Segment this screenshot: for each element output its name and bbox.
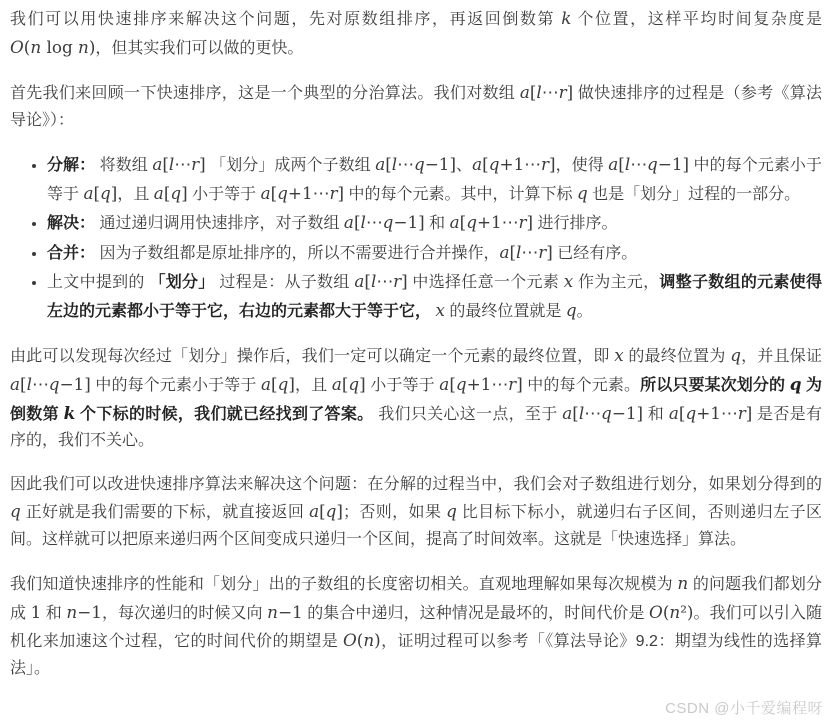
paragraph: 因此我们可以改进快速排序算法来解决这个问题：在分解的过程当中，我们会对子数组进行… — [10, 472, 822, 554]
inline-math: a[q+1⋯r] — [439, 374, 522, 394]
text-run: 因此我们可以改进快速排序算法来解决这个问题：在分解的过程当中，我们会对子数组进行… — [10, 476, 822, 493]
inline-math: O(n) — [343, 630, 381, 650]
text-run: 我们只关心这一点，至于 — [373, 406, 562, 423]
text-run: ，并且保证 — [741, 348, 822, 365]
list-item: 上文中提到的 「划分」 过程是：从子数组 a[l⋯r] 中选择任意一个元素 x … — [47, 268, 822, 325]
text-run: 因为子数组都是原址排序的，所以不需要进行合并操作， — [95, 245, 499, 262]
text-run: 作为主元， — [573, 274, 659, 291]
text-run: 小于等于 — [366, 377, 440, 394]
bold-run: 分解： — [47, 157, 95, 174]
text-run: 的最终位置为 — [624, 348, 731, 365]
text-run: 也是「划分」过程的一部分。 — [588, 186, 800, 203]
bold-run: 合并： — [47, 245, 95, 262]
paragraph: 由此可以发现每次经过「划分」操作后，我们一定可以确定一个元素的最终位置，即 x … — [10, 342, 822, 454]
text-run: 由此可以发现每次经过「划分」操作后，我们一定可以确定一个元素的最终位置，即 — [10, 348, 614, 365]
text-run: ，每次递归的时候又向 — [102, 605, 267, 622]
text-run: 个位置，这样平均时间复杂度是 — [571, 11, 822, 28]
text-run: 和 — [41, 605, 66, 622]
inline-math: q — [730, 345, 741, 365]
inline-math: x — [614, 345, 623, 365]
text-run: ，使得 — [556, 157, 609, 174]
text-run: 中选择任意一个元素 — [408, 274, 564, 291]
inline-math: x — [435, 300, 444, 320]
inline-math: q — [10, 501, 21, 521]
text-run: 的最终位置就是 — [445, 303, 566, 320]
text-run: 首先我们来回顾一下快速排序，这是一个典型的分治算法。我们对数组 — [10, 85, 520, 102]
inline-math: q — [790, 374, 802, 394]
paragraph: 我们可以用快速排序来解决这个问题，先对原数组排序，再返回倒数第 k 个位置，这样… — [10, 5, 822, 62]
inline-math: a[q] — [332, 374, 366, 394]
paragraph: 首先我们来回顾一下快速排序，这是一个典型的分治算法。我们对数组 a[l⋯r] 做… — [10, 79, 822, 134]
text-run: 的集合中递归，这种情况是最坏的，时间代价是 — [303, 605, 649, 622]
text-run: 我们可以用快速排序来解决这个问题，先对原数组排序，再返回倒数第 — [10, 11, 561, 28]
inline-math: n−1 — [66, 602, 102, 622]
text-run: 正好就是我们需要的下标，就直接返回 — [21, 504, 309, 521]
csdn-watermark: CSDN @小千爱编程呀 — [665, 697, 823, 718]
text-run: ，且 — [295, 377, 332, 394]
bullet-list: 分解： 将数组 a[l⋯r] 「划分」成两个子数组 a[l⋯q−1]、a[q+1… — [10, 151, 822, 325]
bold-run: 解决： — [47, 215, 95, 232]
text-run: 过程是：从子数组 — [215, 274, 355, 291]
inline-math: a[l⋯r] — [520, 82, 573, 102]
bold-run: 个下标的时候，我们就已经找到了答案。 — [75, 406, 373, 423]
inline-math: a[l⋯q−1] — [562, 403, 643, 423]
inline-math: q — [566, 300, 577, 320]
inline-math: a[q+1⋯r] — [261, 183, 344, 203]
article-body: 我们可以用快速排序来解决这个问题，先对原数组排序，再返回倒数第 k 个位置，这样… — [0, 0, 832, 682]
inline-math: q — [446, 501, 457, 521]
inline-math: a[l⋯r] — [354, 271, 407, 291]
text-run: 「划分」成两个子数组 — [206, 157, 376, 174]
inline-math: q — [577, 183, 588, 203]
inline-math: a[l⋯q−1] — [375, 154, 456, 174]
list-item: 分解： 将数组 a[l⋯r] 「划分」成两个子数组 a[l⋯q−1]、a[q+1… — [47, 151, 822, 208]
list-item: 解决： 通过递归调用快速排序，对子数组 a[l⋯q−1] 和 a[q+1⋯r] … — [47, 209, 822, 238]
inline-math: a[l⋯r] — [499, 242, 552, 262]
paragraph: 我们知道快速排序的性能和「划分」出的子数组的长度密切相关。直观地理解如果每次规模… — [10, 570, 822, 682]
text-run: 小于等于 — [188, 186, 261, 203]
inline-math: a[q+1⋯r] — [450, 212, 533, 232]
inline-math: O(n log n) — [10, 37, 95, 57]
bold-run: 所以只要某次划分的 — [640, 377, 790, 394]
bold-run: 「划分」 — [149, 274, 214, 291]
text-run: 中的每个元素。其中，计算下标 — [344, 186, 577, 203]
text-run: 中的每个元素小于等于 — [91, 377, 261, 394]
text-run: 将数组 — [95, 157, 152, 174]
text-run: 和 — [643, 406, 669, 423]
inline-math: a[q] — [154, 183, 188, 203]
inline-math: a[q] — [309, 501, 343, 521]
text-run: ，且 — [117, 186, 153, 203]
inline-math: n — [677, 573, 688, 593]
inline-math: O(n²) — [649, 602, 693, 622]
text-run: ；否则，如果 — [343, 504, 446, 521]
text-run: 中的每个元素。 — [523, 377, 640, 394]
inline-math: k — [561, 8, 571, 28]
text-run: 。 — [577, 303, 593, 320]
text-run: 和 — [425, 215, 450, 232]
inline-math: a[q] — [261, 374, 295, 394]
list-item: 合并： 因为子数组都是原址排序的，所以不需要进行合并操作，a[l⋯r] 已经有序… — [47, 239, 822, 268]
inline-math: k — [64, 403, 76, 423]
text-run: 已经有序。 — [553, 245, 637, 262]
text-run: 进行排序。 — [533, 215, 617, 232]
inline-math: n−1 — [267, 602, 303, 622]
inline-math: a[q+1⋯r] — [669, 403, 752, 423]
text-run: 上文中提到的 — [47, 274, 149, 291]
inline-math: a[l⋯q−1] — [10, 374, 91, 394]
inline-math: a[q+1⋯r] — [472, 154, 555, 174]
inline-math: a[q] — [83, 183, 117, 203]
inline-math: x — [564, 271, 573, 291]
inline-math: a[l⋯q−1] — [344, 212, 425, 232]
text-run: 我们知道快速排序的性能和「划分」出的子数组的长度密切相关。直观地理解如果每次规模… — [10, 576, 677, 593]
inline-math: a[l⋯q−1] — [608, 154, 689, 174]
inline-math: a[l⋯r] — [152, 154, 205, 174]
text-run: ，但其实我们可以做的更快。 — [95, 40, 303, 57]
inline-math: 1 — [31, 602, 42, 622]
text-run: 通过递归调用快速排序，对子数组 — [95, 215, 344, 232]
text-run: 、 — [456, 157, 472, 174]
